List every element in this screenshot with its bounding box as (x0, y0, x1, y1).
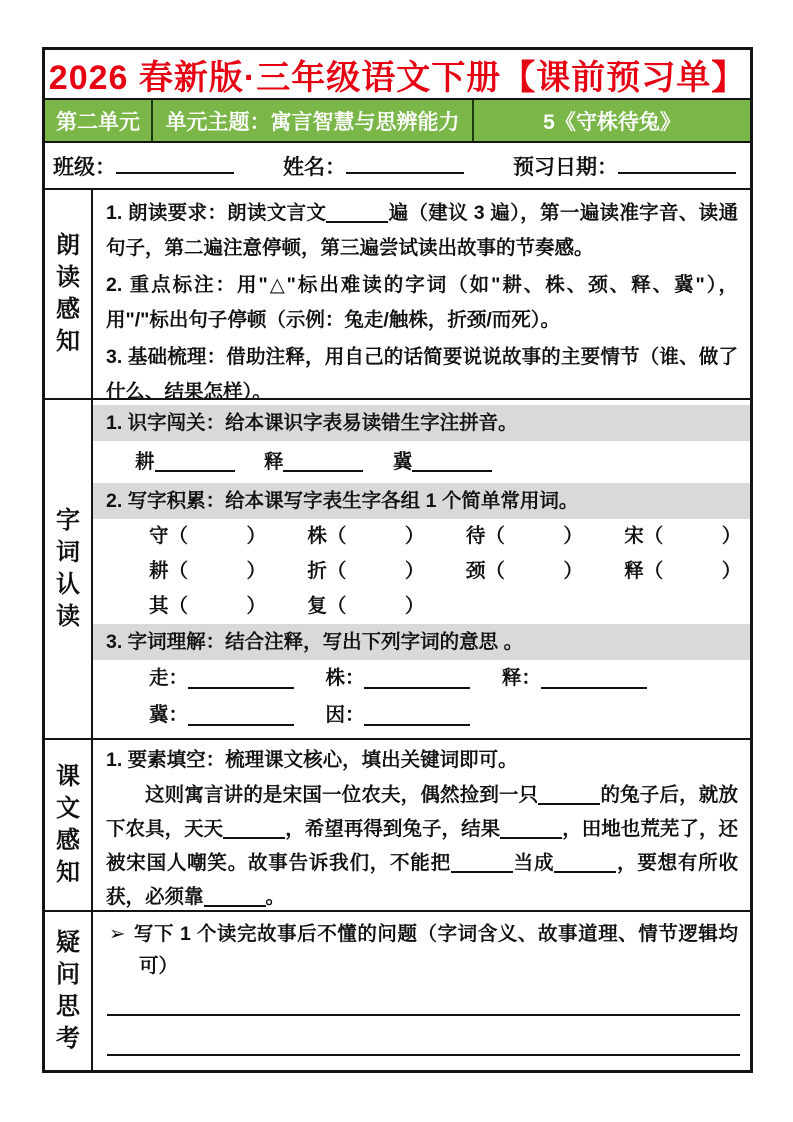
reading-item-1-text: 1. 朗读要求：朗读文言文 (106, 202, 326, 224)
meaning-row-1: 走： 株： 释： (93, 660, 750, 697)
words-item-3: 3. 字词理解：结合注释，写出下列字词的意思 。 (93, 624, 750, 660)
section-label-reading: 朗 读 感 知 (45, 190, 93, 398)
pinyin-field: 耕 (135, 451, 235, 473)
class-field: 班级： (53, 151, 234, 181)
meaning-field: 冀： (149, 704, 294, 726)
meaning-blank[interactable] (188, 669, 294, 689)
section-questions-content: ➢写下 1 个读完故事后不懂的问题（字词含义、故事道理、情节逻辑均可） (93, 912, 750, 1070)
name-input-blank[interactable] (346, 151, 464, 173)
section-word-recognition: 字 词 认 读 1. 识字闯关：给本课识字表易读错生字注拼音。 耕 释 冀 2.… (45, 400, 750, 740)
title-row: 2026 春新版·三年级语文下册【课前预习单】 (45, 50, 750, 100)
label-char: 知 (56, 861, 80, 885)
meaning-blank[interactable] (188, 706, 294, 726)
label-char: 疑 (56, 931, 80, 955)
word-cell[interactable]: 其（ ） (149, 589, 302, 624)
name-label: 姓名： (283, 151, 346, 181)
pinyin-char: 冀 (393, 451, 413, 473)
meaning-field: 株： (325, 667, 470, 689)
unit-number: 第二单元 (45, 100, 153, 141)
fill-blank[interactable] (538, 785, 600, 805)
class-input-blank[interactable] (116, 151, 234, 173)
summary-paragraph: 这则寓言讲的是宋国一位农夫，偶然捡到一只的兔子后，就放下农具，天天，希望再得到兔… (93, 778, 750, 910)
meaning-field: 走： (149, 667, 294, 689)
label-char: 词 (56, 541, 80, 565)
para-text: 这则寓言讲的是宋国一位农夫，偶然捡到一只 (145, 784, 538, 806)
section-reading-perception: 朗 读 感 知 1. 朗读要求：朗读文言文遍（建议 3 遍），第一遍读准字音、读… (45, 190, 750, 400)
pinyin-field: 冀 (393, 451, 493, 473)
arrow-bullet-icon: ➢ (109, 923, 125, 945)
question-prompt: ➢写下 1 个读完故事后不懂的问题（字词含义、故事道理、情节逻辑均可） (93, 918, 750, 982)
label-char: 文 (56, 797, 80, 821)
answer-line-1[interactable] (107, 1014, 740, 1016)
word-cell[interactable]: 株（ ） (307, 519, 460, 554)
words-item-2: 2. 写字积累：给本课写字表生字各组 1 个简单常用词。 (93, 483, 750, 519)
reading-times-blank[interactable] (326, 203, 388, 223)
word-cell[interactable]: 折（ ） (307, 554, 460, 589)
fill-blank[interactable] (500, 819, 562, 839)
word-cell[interactable]: 释（ ） (624, 554, 750, 589)
pinyin-blank[interactable] (412, 452, 492, 472)
word-cell[interactable]: 颈（ ） (466, 554, 619, 589)
section-text-content: 1. 要素填空：梳理课文核心，填出关键词即可。 这则寓言讲的是宋国一位农夫，偶然… (93, 740, 750, 910)
page-title: 2026 春新版·三年级语文下册【课前预习单】 (49, 50, 746, 99)
label-char: 认 (56, 573, 80, 597)
date-field: 预习日期： (513, 151, 736, 181)
meaning-blank[interactable] (541, 669, 647, 689)
meaning-row-2: 冀： 因： (93, 697, 750, 734)
info-row: 班级： 姓名： 预习日期： (45, 143, 750, 190)
words-item-1: 1. 识字闯关：给本课识字表易读错生字注拼音。 (93, 405, 750, 441)
meaning-field: 因： (325, 704, 470, 726)
meaning-label: 株： (325, 667, 364, 689)
label-char: 读 (56, 266, 80, 290)
word-cell[interactable]: 宋（ ） (624, 519, 750, 554)
word-cell[interactable]: 待（ ） (466, 519, 619, 554)
fill-blank[interactable] (554, 853, 616, 873)
section-reading-content: 1. 朗读要求：朗读文言文遍（建议 3 遍），第一遍读准字音、读通句子，第二遍注… (93, 190, 750, 398)
meaning-label: 冀： (149, 704, 188, 726)
answer-line-2[interactable] (107, 1054, 740, 1056)
word-cell[interactable]: 守（ ） (149, 519, 302, 554)
section-label-questions: 疑 问 思 考 (45, 912, 93, 1070)
para-text: 当成 (513, 852, 554, 874)
reading-item-2: 2. 重点标注：用"△"标出难读的字词（如"耕、株、颈、释、冀"），用"/"标出… (93, 268, 750, 338)
label-char: 问 (56, 963, 80, 987)
meaning-label: 释： (502, 667, 541, 689)
label-char: 知 (56, 330, 80, 354)
section-label-words: 字 词 认 读 (45, 400, 93, 738)
class-label: 班级： (53, 151, 116, 181)
text-item-1: 1. 要素填空：梳理课文核心，填出关键词即可。 (93, 743, 750, 778)
label-char: 朗 (56, 234, 80, 258)
meaning-blank[interactable] (364, 706, 470, 726)
worksheet-table: 2026 春新版·三年级语文下册【课前预习单】 第二单元 单元主题：寓言智慧与思… (42, 47, 753, 1073)
pinyin-blank[interactable] (155, 452, 235, 472)
worksheet-page: 2026 春新版·三年级语文下册【课前预习单】 第二单元 单元主题：寓言智慧与思… (0, 0, 793, 1122)
unit-theme: 单元主题：寓言智慧与思辨能力 (153, 100, 474, 141)
label-char: 感 (56, 298, 80, 322)
meaning-label: 走： (149, 667, 188, 689)
label-char: 感 (56, 829, 80, 853)
word-row-1: 守（ ） 株（ ） 待（ ） 宋（ ） (93, 519, 750, 554)
pinyin-char: 释 (264, 451, 284, 473)
label-char: 课 (56, 765, 80, 789)
word-row-3: 其（ ） 复（ ） (93, 589, 750, 624)
reading-item-3: 3. 基础梳理：借助注释，用自己的话简要说说故事的主要情节（谁、做了什么、结果怎… (93, 340, 750, 398)
word-cell[interactable]: 耕（ ） (149, 554, 302, 589)
pinyin-field: 释 (264, 451, 364, 473)
lesson-title: 5《守株待兔》 (474, 100, 750, 141)
unit-bar: 第二单元 单元主题：寓言智慧与思辨能力 5《守株待兔》 (45, 100, 750, 143)
section-label-text: 课 文 感 知 (45, 740, 93, 910)
word-row-2: 耕（ ） 折（ ） 颈（ ） 释（ ） (93, 554, 750, 589)
date-input-blank[interactable] (618, 151, 736, 173)
word-cell[interactable]: 复（ ） (307, 589, 460, 624)
section-words-content: 1. 识字闯关：给本课识字表易读错生字注拼音。 耕 释 冀 2. 写字积累：给本… (93, 400, 750, 738)
section-text-perception: 课 文 感 知 1. 要素填空：梳理课文核心，填出关键词即可。 这则寓言讲的是宋… (45, 740, 750, 912)
reading-item-1: 1. 朗读要求：朗读文言文遍（建议 3 遍），第一遍读准字音、读通句子，第二遍注… (93, 196, 750, 266)
para-text: ，希望再得到兔子，结果 (285, 818, 500, 840)
meaning-blank[interactable] (364, 669, 470, 689)
pinyin-blank[interactable] (283, 452, 363, 472)
pinyin-row: 耕 释 冀 (93, 441, 750, 483)
date-label: 预习日期： (513, 151, 618, 181)
fill-blank[interactable] (223, 819, 285, 839)
fill-blank[interactable] (451, 853, 513, 873)
label-char: 考 (56, 1027, 80, 1051)
meaning-label: 因： (325, 704, 364, 726)
pinyin-char: 耕 (135, 451, 155, 473)
label-char: 思 (56, 995, 80, 1019)
meaning-field: 释： (502, 667, 647, 689)
label-char: 字 (56, 509, 80, 533)
name-field: 姓名： (283, 151, 464, 181)
section-questions: 疑 问 思 考 ➢写下 1 个读完故事后不懂的问题（字词含义、故事道理、情节逻辑… (45, 912, 750, 1070)
label-char: 读 (56, 605, 80, 629)
para-text: 。 (266, 886, 286, 908)
question-prompt-text: 写下 1 个读完故事后不懂的问题（字词含义、故事道理、情节逻辑均可） (133, 923, 738, 977)
fill-blank[interactable] (204, 887, 266, 907)
